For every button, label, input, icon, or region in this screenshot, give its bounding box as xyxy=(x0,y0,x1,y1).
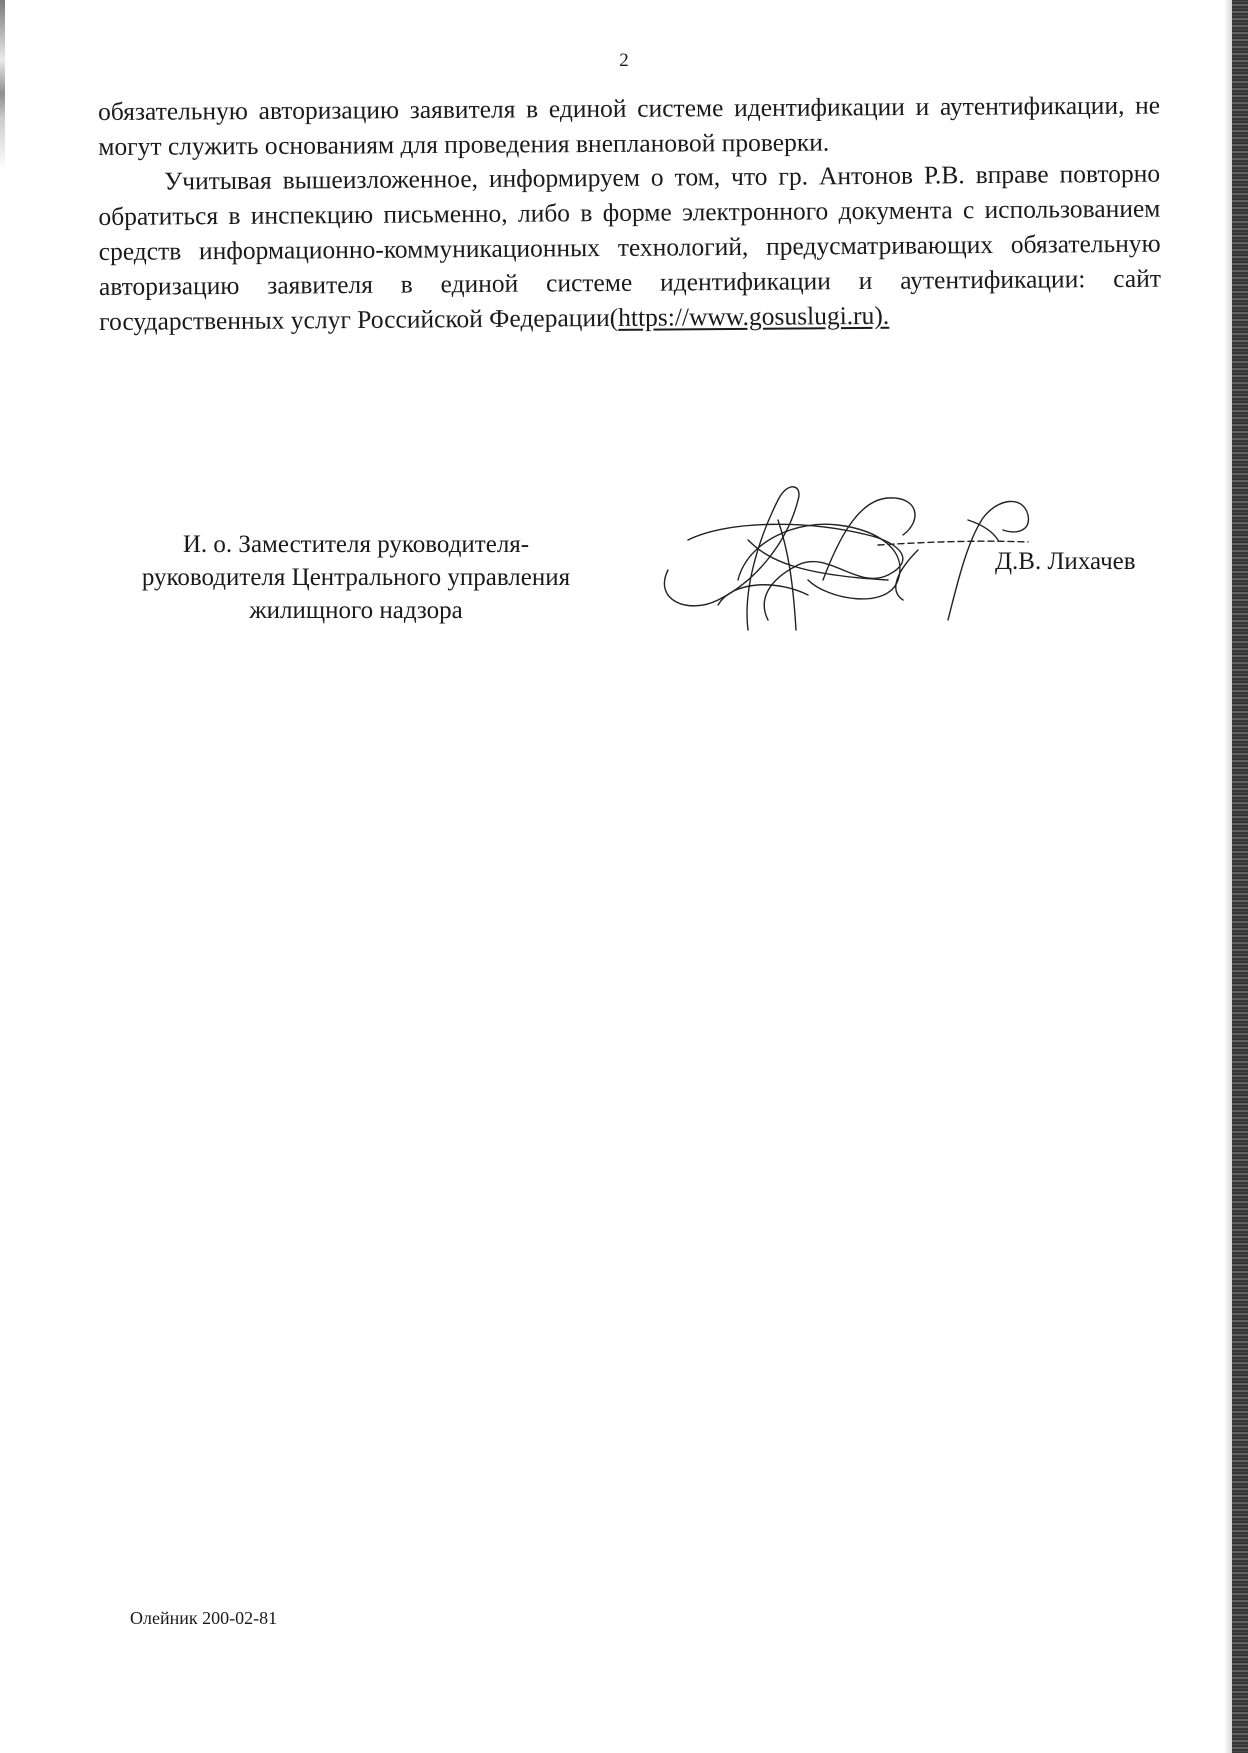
signer-name: Д.В. Лихачев xyxy=(995,548,1136,576)
paragraph-continuation: обязательную авторизацию заявителя в еди… xyxy=(98,88,1160,164)
paragraph-conclusion: Учитывая вышеизложенное, информируем о т… xyxy=(98,156,1161,339)
scan-edge-right xyxy=(1232,0,1248,1753)
signatory-position: И. о. Заместителя руководителя- руководи… xyxy=(96,528,616,627)
position-line-1: И. о. Заместителя руководителя- xyxy=(96,528,616,561)
page-number: 2 xyxy=(0,50,1248,72)
executor-contact: Олейник 200-02-81 xyxy=(130,1608,277,1629)
gosuslugi-link[interactable]: https://www.gosuslugi.ru). xyxy=(618,301,889,332)
scan-edge-left xyxy=(0,0,5,170)
handwritten-signature-icon xyxy=(648,480,1048,640)
letter-body: обязательную авторизацию заявителя в еди… xyxy=(98,94,1160,339)
position-line-3: жилищного надзора xyxy=(96,594,616,627)
position-line-2: руководителя Центрального управления xyxy=(96,561,616,594)
